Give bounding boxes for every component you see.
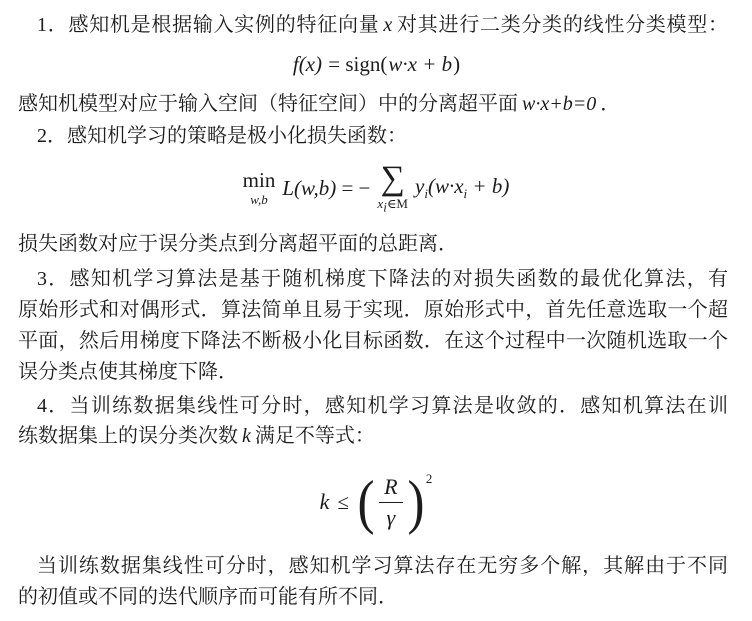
text-run: 的初值或不同的迭代顺序而可能有所不同． xyxy=(18,586,398,608)
loss-body: yi(w·xi + b) xyxy=(415,174,509,202)
text-run: 对其进行二类分类的线性分类模型： xyxy=(396,14,728,36)
leq-sign: ≤ xyxy=(337,490,349,515)
text-run: 损失函数对应于误分类点到分离超平面的总距离． xyxy=(18,233,458,255)
loss-lhs: L(w,b) = − xyxy=(282,176,370,201)
math-paren-open: ( xyxy=(380,52,387,76)
math-fn-sign: sign xyxy=(345,52,380,76)
text-run: 3．感知机学习算法是基于随机梯度下降法的对损失函数的最优化算法，有 xyxy=(37,268,728,290)
paragraph-7-line-1: 当训练数据集线性可分时，感知机学习算法存在无穷多个解，其解由于不同 xyxy=(18,551,728,582)
sum-operator: ∑ xi∈M xyxy=(377,163,408,214)
fraction-R-over-gamma: R γ xyxy=(375,474,407,530)
min-subscript: w,b xyxy=(250,193,267,206)
paragraph-2-hyperplane: 感知机模型对应于输入空间（特征空间）中的分离超平面w·x+b=0． xyxy=(18,89,728,120)
text-run: 误分类点使其梯度下降． xyxy=(18,361,238,383)
math-arg: w·x + b xyxy=(388,52,452,76)
math-var-k: k xyxy=(242,425,251,447)
paragraph-3-strategy: 2．感知机学习的策略是极小化损失函数： xyxy=(18,121,728,152)
paragraph-5-line-4: 误分类点使其梯度下降． xyxy=(18,357,728,388)
math-hyperplane-eq: w·x+b=0 xyxy=(522,93,596,115)
paragraph-4-loss-meaning: 损失函数对应于误分类点到分离超平面的总距离． xyxy=(18,229,728,260)
math-y: y xyxy=(415,174,424,198)
text-run: 2．感知机学习的策略是极小化损失函数： xyxy=(37,125,407,147)
document-page: 1．感知机是根据输入实例的特征向量x对其进行二类分类的线性分类模型： f(x) … xyxy=(0,0,752,621)
math-equals: = xyxy=(323,52,345,76)
text-run: 原始形式和对偶形式．算法简单且易于实现．原始形式中，首先任意选取一个超 xyxy=(18,299,728,321)
math-k: k xyxy=(320,489,330,515)
big-paren-close: ) xyxy=(407,475,424,529)
paragraph-6-line-1: 4．当训练数据集线性可分时，感知机学习算法是收敛的．感知机算法在训 xyxy=(18,391,728,422)
math-R: R xyxy=(384,474,397,499)
math-in-M: ∈M xyxy=(387,196,408,211)
min-label: min xyxy=(243,170,276,191)
text-run: 当训练数据集线性可分时，感知机学习算法存在无穷多个解，其解由于不同 xyxy=(37,555,728,577)
math-L: L(w,b) xyxy=(282,176,336,200)
math-lhs: f(x) xyxy=(293,52,322,76)
paragraph-7-line-2: 的初值或不同的迭代顺序而可能有所不同． xyxy=(18,582,728,613)
text-run: ． xyxy=(600,93,620,115)
text-run: 练数据集上的误分类次数 xyxy=(18,425,238,447)
min-operator: min w,b xyxy=(243,170,276,206)
math-paren-close: ) xyxy=(453,52,460,76)
formula-perceptron-model: f(x) = sign(w·x + b) xyxy=(0,49,752,79)
math-equals-minus: = − xyxy=(336,176,370,200)
sigma-icon: ∑ xyxy=(381,163,405,195)
math-term-end: + b) xyxy=(467,174,509,198)
math-term: (w·x xyxy=(428,174,464,198)
paragraph-6-line-2: 练数据集上的误分类次数k满足不等式： xyxy=(18,421,728,452)
paragraph-5-line-3: 平面，然后用梯度下降法不断极小化目标函数．在这个过程中一次随机选取一个 xyxy=(18,326,728,357)
big-paren-open: ( xyxy=(357,475,374,529)
formula-loss-function: min w,b L(w,b) = − ∑ xi∈M yi(w·xi + b) xyxy=(0,160,752,216)
math-gamma: γ xyxy=(387,505,396,530)
text-run: 感知机模型对应于输入空间（特征空间）中的分离超平面 xyxy=(18,93,518,115)
sum-subscript: xi∈M xyxy=(377,197,408,214)
text-run: 1．感知机是根据输入实例的特征向量 xyxy=(37,14,379,36)
paragraph-5-line-2: 原始形式和对偶形式．算法简单且易于实现．原始形式中，首先任意选取一个超 xyxy=(18,295,728,326)
paragraph-1-model-intro: 1．感知机是根据输入实例的特征向量x对其进行二类分类的线性分类模型： xyxy=(18,10,728,41)
text-run: 满足不等式： xyxy=(255,425,375,447)
text-run: 平面，然后用梯度下降法不断极小化目标函数．在这个过程中一次随机选取一个 xyxy=(18,330,728,352)
exponent-2: 2 xyxy=(426,471,433,487)
paragraph-5-line-1: 3．感知机学习算法是基于随机梯度下降法的对损失函数的最优化算法，有 xyxy=(18,264,728,295)
math-var-x: x xyxy=(383,14,392,36)
fraction-bar xyxy=(379,502,403,503)
formula-mistake-bound: k ≤ ( R γ ) 2 xyxy=(0,466,752,538)
text-run: 4．当训练数据集线性可分时，感知机学习算法是收敛的．感知机算法在训 xyxy=(37,395,728,417)
